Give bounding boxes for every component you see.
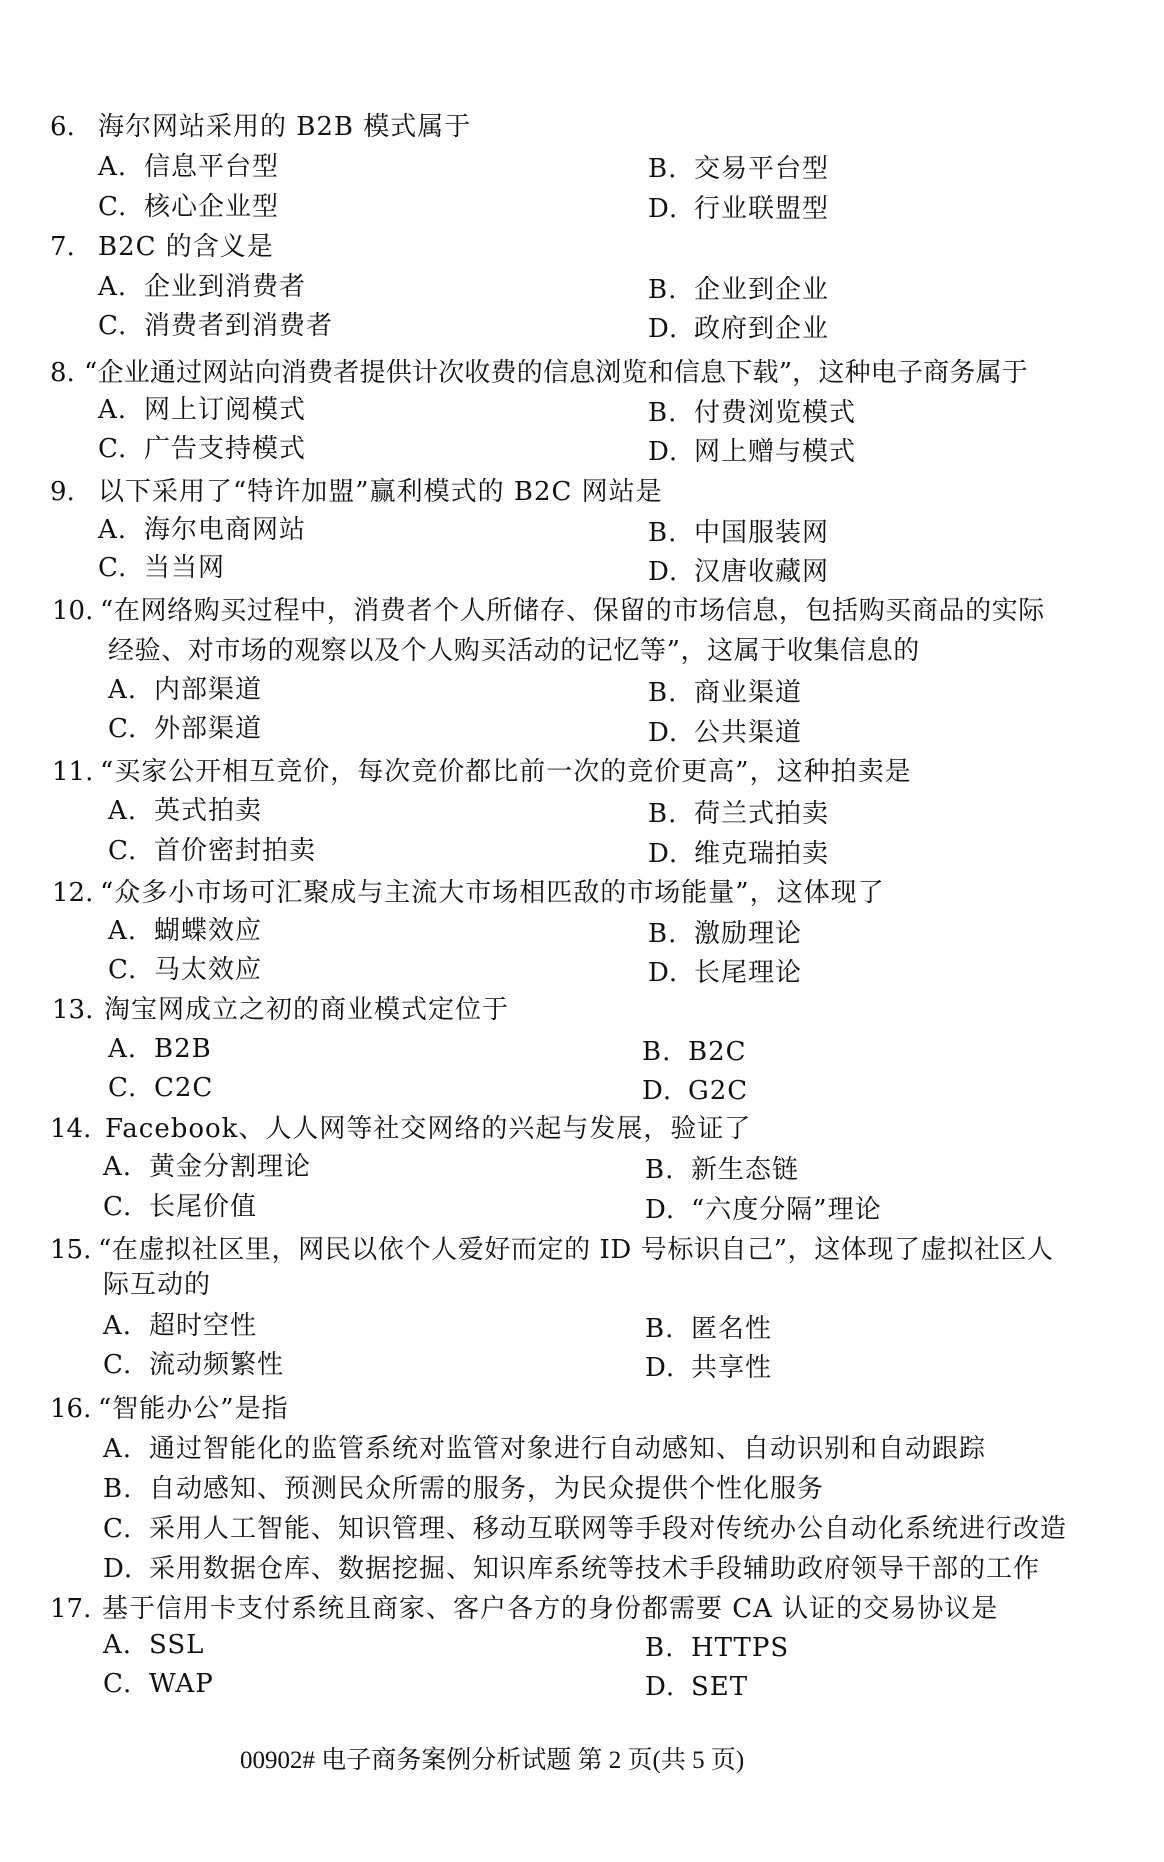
- question-text-continued: 际互动的: [103, 1268, 211, 1302]
- option[interactable]: D.G2C: [642, 1074, 748, 1108]
- option-text: 政府到企业: [694, 314, 829, 344]
- option-text: 通过智能化的监管系统对监管对象进行自动感知、自动识别和自动跟踪: [149, 1434, 986, 1464]
- option-text: 当当网: [144, 553, 225, 583]
- option-label: B.: [648, 797, 694, 831]
- option-label: A.: [98, 513, 144, 547]
- option-text: 马太效应: [154, 955, 262, 985]
- question-text: 海尔网站采用的 B2B 模式属于: [98, 110, 471, 144]
- option[interactable]: A.内部渠道: [108, 673, 262, 707]
- exam-page: 6. 海尔网站采用的 B2B 模式属于 A.信息平台型 B.交易平台型 C.核心…: [0, 0, 1164, 1862]
- option-text: 商业渠道: [694, 678, 802, 708]
- option-text: HTTPS: [691, 1633, 789, 1663]
- option-label: A.: [103, 1628, 149, 1662]
- question-number: 8.: [50, 356, 75, 390]
- option-text: 中国服装网: [694, 518, 829, 548]
- option-label: A.: [103, 1150, 149, 1184]
- question-number: 9.: [50, 475, 75, 509]
- option-text: 行业联盟型: [694, 194, 829, 224]
- option-text: 网上赠与模式: [694, 437, 856, 467]
- option-text: “六度分隔”理论: [691, 1195, 882, 1225]
- option[interactable]: C.当当网: [98, 551, 225, 585]
- option-label: C.: [103, 1190, 149, 1224]
- option-text: 信息平台型: [144, 152, 279, 182]
- option[interactable]: D.网上赠与模式: [648, 435, 856, 469]
- option-label: D.: [645, 1351, 691, 1385]
- option-text: 付费浏览模式: [694, 398, 856, 428]
- option-label: C.: [108, 953, 154, 987]
- option-label: B.: [642, 1035, 688, 1069]
- option-label: A.: [108, 794, 154, 828]
- option-label: D.: [103, 1552, 149, 1586]
- question-text-continued: 经验、对市场的观察以及个人购买活动的记忆等”，这属于收集信息的: [108, 634, 920, 668]
- question-text: “在虚拟社区里，网民以依个人爱好而定的 ID 号标识自己”，这体现了虚拟社区人: [98, 1233, 1054, 1267]
- option[interactable]: D.行业联盟型: [648, 192, 829, 226]
- option-label: A.: [98, 393, 144, 427]
- question-text: 以下采用了“特许加盟”赢利模式的 B2C 网站是: [98, 475, 663, 509]
- option-label: C.: [103, 1667, 149, 1701]
- question-number: 11.: [52, 755, 93, 789]
- option-text: C2C: [154, 1073, 213, 1103]
- option-label: A.: [108, 914, 154, 948]
- question-number: 7.: [50, 230, 75, 264]
- option[interactable]: C.长尾价值: [103, 1190, 257, 1224]
- option[interactable]: A.蝴蝶效应: [108, 914, 262, 948]
- option[interactable]: A.B2B: [108, 1032, 212, 1066]
- option-label: C.: [108, 834, 154, 868]
- option-label: A.: [98, 150, 144, 184]
- option[interactable]: C.核心企业型: [98, 190, 279, 224]
- question-number: 17.: [50, 1592, 91, 1626]
- option[interactable]: A.企业到消费者: [98, 270, 306, 304]
- option-label: D.: [648, 956, 694, 990]
- option-label: D.: [648, 716, 694, 750]
- option-text: 企业到企业: [694, 275, 829, 305]
- option-text: SSL: [149, 1630, 204, 1660]
- question-text: 淘宝网成立之初的商业模式定位于: [104, 993, 509, 1027]
- option-label: B.: [648, 152, 694, 186]
- option-label: B.: [648, 396, 694, 430]
- option-text: 核心企业型: [144, 192, 279, 222]
- question-number: 13.: [52, 993, 93, 1027]
- option-text: 共享性: [691, 1353, 772, 1383]
- question-text: “企业通过网站向消费者提供计次收费的信息浏览和信息下载”，这种电子商务属于: [84, 356, 1028, 390]
- question-text: “买家公开相互竞价，每次竞价都比前一次的竞价更高”，这种拍卖是: [100, 755, 912, 789]
- option-text: B2C: [688, 1037, 747, 1067]
- option-label: C.: [98, 551, 144, 585]
- option-text: 海尔电商网站: [144, 515, 306, 545]
- question-number: 14.: [50, 1112, 91, 1146]
- option[interactable]: B.商业渠道: [648, 676, 802, 710]
- option-text: 公共渠道: [694, 718, 802, 748]
- option-text: 黄金分割理论: [149, 1152, 311, 1182]
- option[interactable]: D.公共渠道: [648, 716, 802, 750]
- option[interactable]: A.黄金分割理论: [103, 1150, 311, 1184]
- option-text: G2C: [688, 1076, 748, 1106]
- option-label: D.: [645, 1193, 691, 1227]
- option[interactable]: D.汉唐收藏网: [648, 555, 829, 589]
- option-label: C.: [98, 309, 144, 343]
- option-label: C.: [103, 1348, 149, 1382]
- option[interactable]: A.海尔电商网站: [98, 513, 306, 547]
- option[interactable]: C.首价密封拍卖: [108, 834, 316, 868]
- option-text: 内部渠道: [154, 675, 262, 705]
- option[interactable]: B.HTTPS: [645, 1631, 789, 1665]
- question-text: “智能办公”是指: [98, 1392, 289, 1426]
- option-text: 激励理论: [694, 919, 802, 949]
- question-number: 15.: [50, 1233, 91, 1267]
- option[interactable]: C.马太效应: [108, 953, 262, 987]
- option-text: 自动感知、预测民众所需的服务，为民众提供个性化服务: [149, 1474, 824, 1504]
- option-label: B.: [103, 1472, 149, 1506]
- option[interactable]: B.匿名性: [645, 1312, 772, 1346]
- option-text: 英式拍卖: [154, 796, 262, 826]
- option[interactable]: A.网上订阅模式: [98, 393, 306, 427]
- question-number: 6.: [50, 110, 75, 144]
- question-text: 基于信用卡支付系统且商家、客户各方的身份都需要 CA 认证的交易协议是: [102, 1592, 998, 1626]
- option-label: B.: [645, 1312, 691, 1346]
- option-label: D.: [645, 1670, 691, 1704]
- option-label: B.: [648, 676, 694, 710]
- option-label: D.: [648, 312, 694, 346]
- option-text: 新生态链: [691, 1155, 799, 1185]
- option-text: 匿名性: [691, 1314, 772, 1344]
- option-text: B2B: [154, 1034, 212, 1064]
- option[interactable]: C.C2C: [108, 1071, 213, 1105]
- question-text: B2C 的含义是: [98, 230, 274, 264]
- question-number: 10.: [52, 594, 93, 628]
- option-label: A.: [108, 673, 154, 707]
- option[interactable]: B.B2C: [642, 1035, 747, 1069]
- option-text: 汉唐收藏网: [694, 557, 829, 587]
- option-label: A.: [103, 1432, 149, 1466]
- option-label: C.: [108, 712, 154, 746]
- option[interactable]: A.超时空性: [103, 1309, 257, 1343]
- option[interactable]: B.付费浏览模式: [648, 396, 856, 430]
- option-label: D.: [642, 1074, 688, 1108]
- option[interactable]: B.交易平台型: [648, 152, 829, 186]
- question-number: 12.: [52, 876, 93, 910]
- option-text: 超时空性: [149, 1311, 257, 1341]
- option-label: D.: [648, 192, 694, 226]
- option-text: 长尾理论: [694, 958, 802, 988]
- option-text: 采用数据仓库、数据挖掘、知识库系统等技术手段辅助政府领导干部的工作: [149, 1554, 1040, 1584]
- option-text: 长尾价值: [149, 1192, 257, 1222]
- option-label: C.: [98, 432, 144, 466]
- option-text: 荷兰式拍卖: [694, 799, 829, 829]
- option-label: A.: [108, 1032, 154, 1066]
- option[interactable]: A.通过智能化的监管系统对监管对象进行自动感知、自动识别和自动跟踪: [103, 1432, 986, 1466]
- option-label: B.: [645, 1153, 691, 1187]
- option-text: 采用人工智能、知识管理、移动互联网等手段对传统办公自动化系统进行改造: [149, 1514, 1067, 1544]
- option-text: SET: [691, 1672, 748, 1702]
- option-text: 外部渠道: [154, 714, 262, 744]
- option[interactable]: B.中国服装网: [648, 516, 829, 550]
- option[interactable]: A.信息平台型: [98, 150, 279, 184]
- option[interactable]: A.英式拍卖: [108, 794, 262, 828]
- option[interactable]: D.采用数据仓库、数据挖掘、知识库系统等技术手段辅助政府领导干部的工作: [103, 1552, 1040, 1586]
- option-label: C.: [98, 190, 144, 224]
- question-number: 16.: [50, 1392, 91, 1426]
- option[interactable]: D.“六度分隔”理论: [645, 1193, 882, 1227]
- option[interactable]: C.流动频繁性: [103, 1348, 284, 1382]
- question-text: “在网络购买过程中，消费者个人所储存、保留的市场信息，包括购买商品的实际: [100, 594, 1045, 628]
- option[interactable]: B.荷兰式拍卖: [648, 797, 829, 831]
- option-label: D.: [648, 435, 694, 469]
- option-label: B.: [648, 917, 694, 951]
- option-text: 交易平台型: [694, 154, 829, 184]
- option-label: B.: [648, 516, 694, 550]
- option[interactable]: B.新生态链: [645, 1153, 799, 1187]
- option-text: 广告支持模式: [144, 434, 306, 464]
- option-text: 流动频繁性: [149, 1350, 284, 1380]
- option-label: A.: [98, 270, 144, 304]
- option-text: 蝴蝶效应: [154, 916, 262, 946]
- page-footer: 00902# 电子商务案例分析试题 第 2 页(共 5 页): [240, 1744, 744, 1778]
- option-text: 企业到消费者: [144, 272, 306, 302]
- question-text: “众多小市场可汇聚成与主流大市场相匹敌的市场能量”，这体现了: [100, 876, 885, 910]
- option[interactable]: D.维克瑞拍卖: [648, 837, 829, 871]
- option-label: B.: [648, 273, 694, 307]
- option-label: D.: [648, 555, 694, 589]
- option[interactable]: C.广告支持模式: [98, 432, 306, 466]
- option-text: 网上订阅模式: [144, 395, 306, 425]
- option[interactable]: D.政府到企业: [648, 312, 829, 346]
- option-label: C.: [108, 1071, 154, 1105]
- question-text: Facebook、人人网等社交网络的兴起与发展，验证了: [105, 1112, 751, 1146]
- option-text: WAP: [149, 1669, 214, 1699]
- option[interactable]: B.自动感知、预测民众所需的服务，为民众提供个性化服务: [103, 1472, 824, 1506]
- option[interactable]: C.WAP: [103, 1667, 214, 1701]
- option-text: 维克瑞拍卖: [694, 839, 829, 869]
- option[interactable]: B.企业到企业: [648, 273, 829, 307]
- option[interactable]: A.SSL: [103, 1628, 204, 1662]
- option[interactable]: D.SET: [645, 1670, 748, 1704]
- option-text: 首价密封拍卖: [154, 836, 316, 866]
- option-label: A.: [103, 1309, 149, 1343]
- option-label: D.: [648, 837, 694, 871]
- option-label: B.: [645, 1631, 691, 1665]
- option[interactable]: D.共享性: [645, 1351, 772, 1385]
- option[interactable]: C.外部渠道: [108, 712, 262, 746]
- option-text: 消费者到消费者: [144, 311, 333, 341]
- option[interactable]: B.激励理论: [648, 917, 802, 951]
- option-label: C.: [103, 1512, 149, 1546]
- option[interactable]: D.长尾理论: [648, 956, 802, 990]
- option[interactable]: C.采用人工智能、知识管理、移动互联网等手段对传统办公自动化系统进行改造: [103, 1512, 1067, 1546]
- option[interactable]: C.消费者到消费者: [98, 309, 333, 343]
